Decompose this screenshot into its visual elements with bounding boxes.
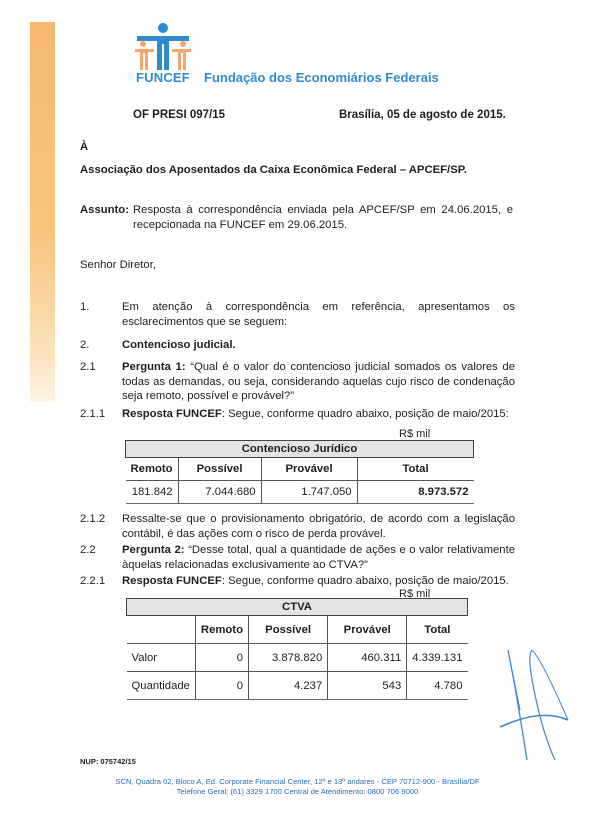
salutation: Senhor Diretor, [80, 258, 156, 272]
funcef-logo-icon [133, 22, 193, 70]
table-row: Valor 0 3.878.820 460.311 4.339.131 [127, 644, 468, 672]
table2-col-header: Provável [328, 616, 407, 644]
table2-cell: 460.311 [328, 644, 407, 672]
contencioso-table: Contencioso Jurídico Remoto Possível Pro… [125, 440, 474, 504]
table2-cell: 3.878.820 [248, 644, 327, 672]
answer-2: Resposta FUNCEF: Segue, conforme quadro … [122, 574, 515, 589]
table2-cell: 4.339.131 [407, 644, 468, 672]
letter-date: Brasília, 05 de agosto de 2015. [339, 108, 506, 122]
question-label: Pergunta 1: [122, 361, 186, 373]
table2-col-header: Remoto [195, 616, 248, 644]
table1-col-header: Possível [178, 458, 261, 481]
section-number: 2.2 [80, 543, 96, 557]
table1-cell: 7.044.680 [178, 481, 261, 504]
section-title: Contencioso judicial. [122, 338, 515, 353]
subject-text: Resposta à correspondência enviada pela … [133, 203, 513, 233]
answer-1: Resposta FUNCEF: Segue, conforme quadro … [122, 407, 515, 422]
question-1: Pergunta 1: “Qual é o valor do contencio… [122, 360, 515, 404]
letterhead-orange-strip [30, 22, 55, 402]
table1-total-cell: 8.973.572 [357, 481, 473, 504]
table2-col-header: Total [407, 616, 468, 644]
table2-cell: 0 [195, 672, 248, 700]
subject-label: Assunto: [80, 203, 129, 217]
nup-number: NUP: 075742/15 [80, 755, 136, 769]
question-label: Pergunta 2: [122, 544, 185, 556]
table2-corner-cell [127, 616, 196, 644]
section-number: 2.1.2 [80, 512, 105, 526]
table-row: Quantidade 0 4.237 543 4.780 [127, 672, 468, 700]
footer-phones: Telefone Geral: (61) 3329 1700 Central d… [0, 787, 595, 797]
answer-label: Resposta FUNCEF [122, 408, 222, 420]
section-number: 2.1.1 [80, 407, 105, 421]
table2-cell: 4.237 [248, 672, 327, 700]
table2-cell: 543 [328, 672, 407, 700]
signature-icon [500, 650, 590, 765]
table1-unit: R$ mil [399, 427, 430, 441]
section-text: Em atenção à correspondência em referênc… [122, 300, 515, 329]
addressee-prefix: À [80, 140, 88, 154]
letter-reference: OF PRESI 097/15 [133, 108, 225, 122]
section-number: 1. [80, 300, 89, 314]
answer-label: Resposta FUNCEF [122, 575, 222, 587]
brand-short-name: FUNCEF [136, 70, 190, 85]
ctva-table: CTVA Remoto Possível Provável Total Valo… [126, 598, 468, 700]
table1-title: Contencioso Jurídico [126, 441, 474, 458]
answer-text: : Segue, conforme quadro abaixo, posição… [222, 408, 509, 420]
table1-col-header: Provável [261, 458, 357, 481]
footer-address: SCN, Quadra 02, Bloco A, Ed. Corporate F… [0, 777, 595, 787]
table2-col-header: Possível [248, 616, 327, 644]
table2-cell: 0 [195, 644, 248, 672]
table-row: 181.842 7.044.680 1.747.050 8.973.572 [126, 481, 474, 504]
answer-text: : Segue, conforme quadro abaixo, posição… [222, 575, 509, 587]
brand-full-name: Fundação dos Economiários Federais [204, 70, 439, 85]
section-number: 2. [80, 338, 89, 352]
section-text: Ressalte-se que o provisionamento obriga… [122, 512, 515, 541]
question-2: Pergunta 2: “Desse total, qual a quantid… [122, 543, 515, 572]
section-number: 2.1 [80, 360, 96, 374]
table1-col-header: Remoto [126, 458, 179, 481]
table2-cell: 4.780 [407, 672, 468, 700]
section-number: 2.2.1 [80, 574, 105, 588]
addressee-organization: Associação dos Aposentados da Caixa Econ… [80, 163, 467, 177]
table1-cell: 181.842 [126, 481, 179, 504]
table1-cell: 1.747.050 [261, 481, 357, 504]
table2-title: CTVA [127, 599, 468, 616]
table2-row-label: Valor [127, 644, 196, 672]
table1-col-header: Total [357, 458, 473, 481]
table2-row-label: Quantidade [127, 672, 196, 700]
